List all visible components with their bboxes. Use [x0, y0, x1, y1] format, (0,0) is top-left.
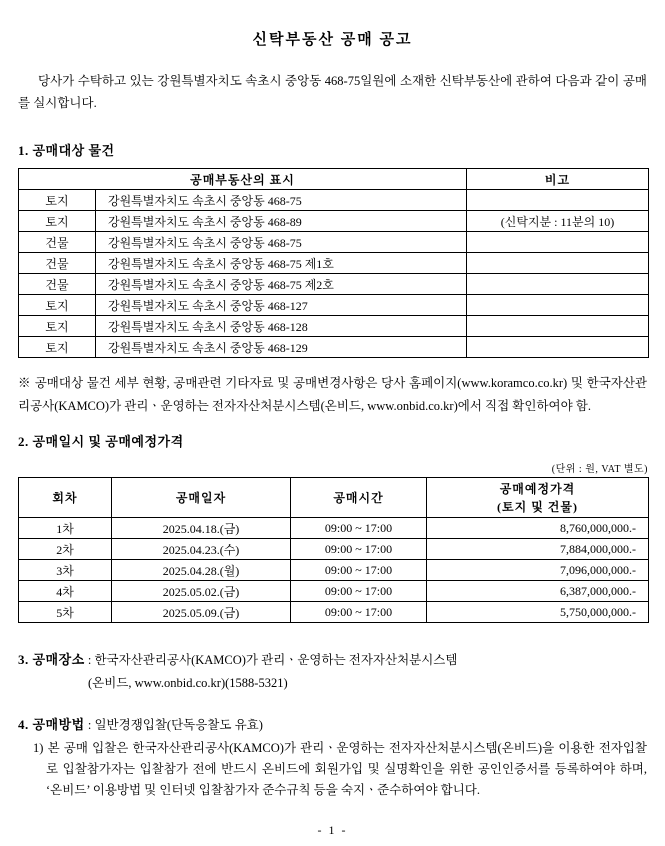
property-address: 강원특별자치도 속초시 중앙동 468-75 제2호 [96, 274, 467, 295]
schedule-price: 7,096,000,000.- [427, 560, 649, 581]
table-row: 1차 2025.04.18.(금) 09:00 ~ 17:00 8,760,00… [19, 518, 649, 539]
property-table: 공매부동산의 표시 비고 토지 강원특별자치도 속초시 중앙동 468-75 토… [18, 168, 649, 358]
property-note [467, 316, 649, 337]
schedule-time: 09:00 ~ 17:00 [291, 539, 427, 560]
schedule-round: 2차 [19, 539, 112, 560]
schedule-price: 8,760,000,000.- [427, 518, 649, 539]
property-address: 강원특별자치도 속초시 중앙동 468-89 [96, 211, 467, 232]
table-row: 토지 강원특별자치도 속초시 중앙동 468-129 [19, 337, 649, 358]
property-address: 강원특별자치도 속초시 중앙동 468-75 [96, 232, 467, 253]
document-page: 신탁부동산 공매 공고 당사가 수탁하고 있는 강원특별자치도 속초시 중앙동 … [0, 0, 665, 846]
property-note [467, 190, 649, 211]
schedule-round: 5차 [19, 602, 112, 623]
schedule-price: 6,387,000,000.- [427, 581, 649, 602]
section3: 3. 공매장소 : 한국자산관리공사(KAMCO)가 관리ㆍ운영하는 전자자산처… [18, 648, 647, 695]
schedule-price: 5,750,000,000.- [427, 602, 649, 623]
section4-item1-label: 1) [33, 741, 43, 755]
schedule-header-price-line1: 공매예정가격 [431, 480, 644, 498]
schedule-header-date: 공매일자 [112, 478, 291, 518]
property-type: 토지 [19, 190, 96, 211]
table-row: 건물 강원특별자치도 속초시 중앙동 468-75 제1호 [19, 253, 649, 274]
schedule-header-price: 공매예정가격 (토지 및 건물) [427, 478, 649, 518]
property-type: 건물 [19, 274, 96, 295]
schedule-time: 09:00 ~ 17:00 [291, 602, 427, 623]
section4-colon: : [85, 718, 95, 732]
property-note [467, 295, 649, 316]
schedule-date: 2025.04.28.(월) [112, 560, 291, 581]
property-note [467, 274, 649, 295]
schedule-header-round: 회차 [19, 478, 112, 518]
schedule-header-time: 공매시간 [291, 478, 427, 518]
table-row: 2차 2025.04.23.(수) 09:00 ~ 17:00 7,884,00… [19, 539, 649, 560]
property-type: 건물 [19, 232, 96, 253]
table-row: 토지 강원특별자치도 속초시 중앙동 468-89 (신탁지분 : 11분의 1… [19, 211, 649, 232]
schedule-date: 2025.04.18.(금) [112, 518, 291, 539]
schedule-date: 2025.04.23.(수) [112, 539, 291, 560]
schedule-time: 09:00 ~ 17:00 [291, 581, 427, 602]
schedule-round: 3차 [19, 560, 112, 581]
schedule-time: 09:00 ~ 17:00 [291, 560, 427, 581]
schedule-round: 1차 [19, 518, 112, 539]
page-number: - 1 - [0, 823, 665, 838]
property-type: 토지 [19, 316, 96, 337]
property-address: 강원특별자치도 속초시 중앙동 468-75 제1호 [96, 253, 467, 274]
notice-paragraph: ※ 공매대상 물건 세부 현황, 공매관련 기타자료 및 공매변경사항은 당사 … [18, 372, 647, 418]
schedule-time: 09:00 ~ 17:00 [291, 518, 427, 539]
property-note [467, 232, 649, 253]
table-row: 토지 강원특별자치도 속초시 중앙동 468-127 [19, 295, 649, 316]
table-row: 3차 2025.04.28.(월) 09:00 ~ 17:00 7,096,00… [19, 560, 649, 581]
section4-line1: 4. 공매방법 : 일반경쟁입찰(단독응찰도 유효) [18, 714, 647, 736]
property-type: 토지 [19, 295, 96, 316]
property-address: 강원특별자치도 속초시 중앙동 468-75 [96, 190, 467, 211]
property-address: 강원특별자치도 속초시 중앙동 468-127 [96, 295, 467, 316]
property-table-header-row: 공매부동산의 표시 비고 [19, 169, 649, 190]
section4-item1: 1) 본 공매 입찰은 한국자산관리공사(KAMCO)가 관리ㆍ운영하는 전자자… [46, 738, 647, 801]
schedule-header-price-line2: (토지 및 건물) [431, 498, 644, 516]
table-row: 토지 강원특별자치도 속초시 중앙동 468-128 [19, 316, 649, 337]
table-row: 건물 강원특별자치도 속초시 중앙동 468-75 제2호 [19, 274, 649, 295]
property-note [467, 337, 649, 358]
document-title: 신탁부동산 공매 공고 [18, 28, 647, 49]
unit-note: (단위 : 원, VAT 별도) [18, 460, 648, 475]
property-type: 토지 [19, 337, 96, 358]
section4-method: 일반경쟁입찰(단독응찰도 유효) [94, 718, 262, 732]
section4: 4. 공매방법 : 일반경쟁입찰(단독응찰도 유효) 1) 본 공매 입찰은 한… [18, 714, 647, 801]
section4-heading: 4. 공매방법 [18, 717, 85, 732]
schedule-date: 2025.05.02.(금) [112, 581, 291, 602]
property-type: 건물 [19, 253, 96, 274]
section4-item1-text: 본 공매 입찰은 한국자산관리공사(KAMCO)가 관리ㆍ운영하는 전자자산처분… [46, 741, 647, 797]
section3-location: 한국자산관리공사(KAMCO)가 관리ㆍ운영하는 전자자산처분시스템 [94, 653, 457, 667]
section1-heading: 1. 공매대상 물건 [18, 140, 647, 159]
schedule-price: 7,884,000,000.- [427, 539, 649, 560]
schedule-table-header-row: 회차 공매일자 공매시간 공매예정가격 (토지 및 건물) [19, 478, 649, 518]
schedule-date: 2025.05.09.(금) [112, 602, 291, 623]
property-table-header-main: 공매부동산의 표시 [19, 169, 467, 190]
section3-colon: : [85, 653, 95, 667]
property-address: 강원특별자치도 속초시 중앙동 468-128 [96, 316, 467, 337]
table-row: 토지 강원특별자치도 속초시 중앙동 468-75 [19, 190, 649, 211]
property-type: 토지 [19, 211, 96, 232]
schedule-table: 회차 공매일자 공매시간 공매예정가격 (토지 및 건물) 1차 2025.04… [18, 477, 649, 623]
table-row: 5차 2025.05.09.(금) 09:00 ~ 17:00 5,750,00… [19, 602, 649, 623]
schedule-round: 4차 [19, 581, 112, 602]
table-row: 건물 강원특별자치도 속초시 중앙동 468-75 [19, 232, 649, 253]
section3-line2: (온비드, www.onbid.co.kr)(1588-5321) [88, 672, 647, 695]
intro-paragraph: 당사가 수탁하고 있는 강원특별자치도 속초시 중앙동 468-75일원에 소재… [18, 70, 647, 114]
section3-heading: 3. 공매장소 [18, 652, 85, 667]
property-note [467, 253, 649, 274]
property-note: (신탁지분 : 11분의 10) [467, 211, 649, 232]
section2-heading: 2. 공매일시 및 공매예정가격 [18, 431, 647, 450]
table-row: 4차 2025.05.02.(금) 09:00 ~ 17:00 6,387,00… [19, 581, 649, 602]
property-table-header-note: 비고 [467, 169, 649, 190]
section3-line1: 3. 공매장소 : 한국자산관리공사(KAMCO)가 관리ㆍ운영하는 전자자산처… [18, 648, 647, 672]
property-address: 강원특별자치도 속초시 중앙동 468-129 [96, 337, 467, 358]
